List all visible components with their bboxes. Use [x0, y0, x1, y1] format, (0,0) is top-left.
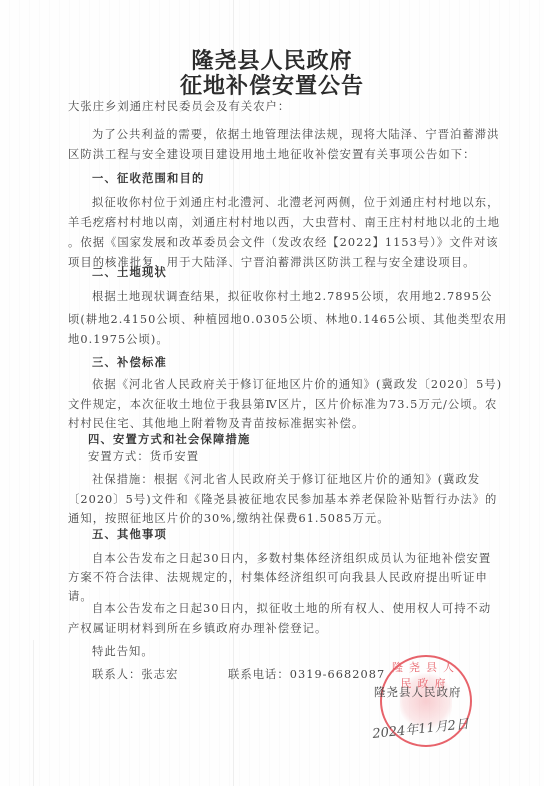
- scan-edge-line: [33, 640, 34, 786]
- section-line: 安置方式：货币安置: [88, 450, 474, 464]
- section-line: 羊毛疙瘩村村地以南，刘通庄村村地以西，大虫营村、南王庄村村地以北的土地: [68, 216, 478, 230]
- intro-line: 区防洪工程与安全建设项目建设用地土地征收补偿安置有关事项公告如下：: [68, 148, 478, 162]
- section-line: 村村民住宅、其他地上附着物及青苗按标准据实补偿。: [68, 417, 478, 431]
- section-line: 。依据《国家发展和改革委员会文件（发改农经【2022】1153号）》文件对该: [68, 236, 478, 250]
- section-line: 根据土地现状调查结果，拟征收你村土地2.7895公顷，农用地2.7895公: [92, 290, 478, 304]
- section-line: 产权属证明材料到所在乡镇政府办理补偿登记。: [68, 622, 478, 636]
- section-line: 文件规定，本次征收土地位于我县第Ⅳ区片，区片价标准为73.5万元/公顷。农: [68, 398, 478, 412]
- section-line: 依据《河北省人民政府关于修订征地区片价的通知》(冀政发〔2020〕5号): [92, 378, 478, 392]
- section-heading-1: 一、征收范围和目的: [92, 172, 478, 186]
- section-line: 顷(耕地2.4150公顷、种植园地0.0305公顷、林地0.1465公顷、其他类…: [68, 313, 478, 327]
- section-line: 社保措施：根据《河北省人民政府关于修订征地区片价的通知》(冀政发: [92, 473, 478, 487]
- section-heading-5: 五、其他事项: [92, 528, 478, 542]
- section-line: 通知，按照征地区片价的30%,缴纳社保费61.5085万元。: [68, 512, 478, 526]
- section-line: 地0.1975公顷)。: [68, 333, 478, 347]
- section-line: 方案不符合法律、法规规定的，村集体经济组织可向我县人民政府提出听证申: [68, 571, 478, 585]
- addressee: 大张庄乡刘通庄村民委员会及有关农户：: [68, 100, 478, 114]
- section-heading-2: 二、土地现状: [92, 266, 478, 280]
- section-line: 〔2020〕5号)文件和《隆尧县被征地农民参加基本养老保险补贴暂行办法》的: [68, 493, 478, 507]
- section-heading-4: 四、安置方式和社会保障措施: [88, 433, 474, 447]
- section-heading-3: 三、补偿标准: [92, 356, 478, 370]
- intro-line: 为了公共利益的需要，依据土地管理法律法规，现将大陆泽、宁晋泊蓄滞洪: [92, 128, 478, 142]
- document-title-line2: 征地补偿安置公告: [0, 69, 544, 100]
- document-page: 隆尧县人民政府 征地补偿安置公告 大张庄乡刘通庄村民委员会及有关农户： 为了公共…: [0, 0, 544, 786]
- section-line: 自本公告发布之日起30日内，拟征收土地的所有权人、使用权人可持不动: [92, 602, 478, 616]
- issuer-name: 隆尧县人民政府: [374, 684, 462, 700]
- section-line: 自本公告发布之日起30日内，多数村集体经济组织成员认为征地补偿安置: [92, 552, 478, 566]
- section-line: 拟征收你村位于刘通庄村北澧河、北澧老河两侧，位于刘通庄村村地以东，: [92, 196, 478, 210]
